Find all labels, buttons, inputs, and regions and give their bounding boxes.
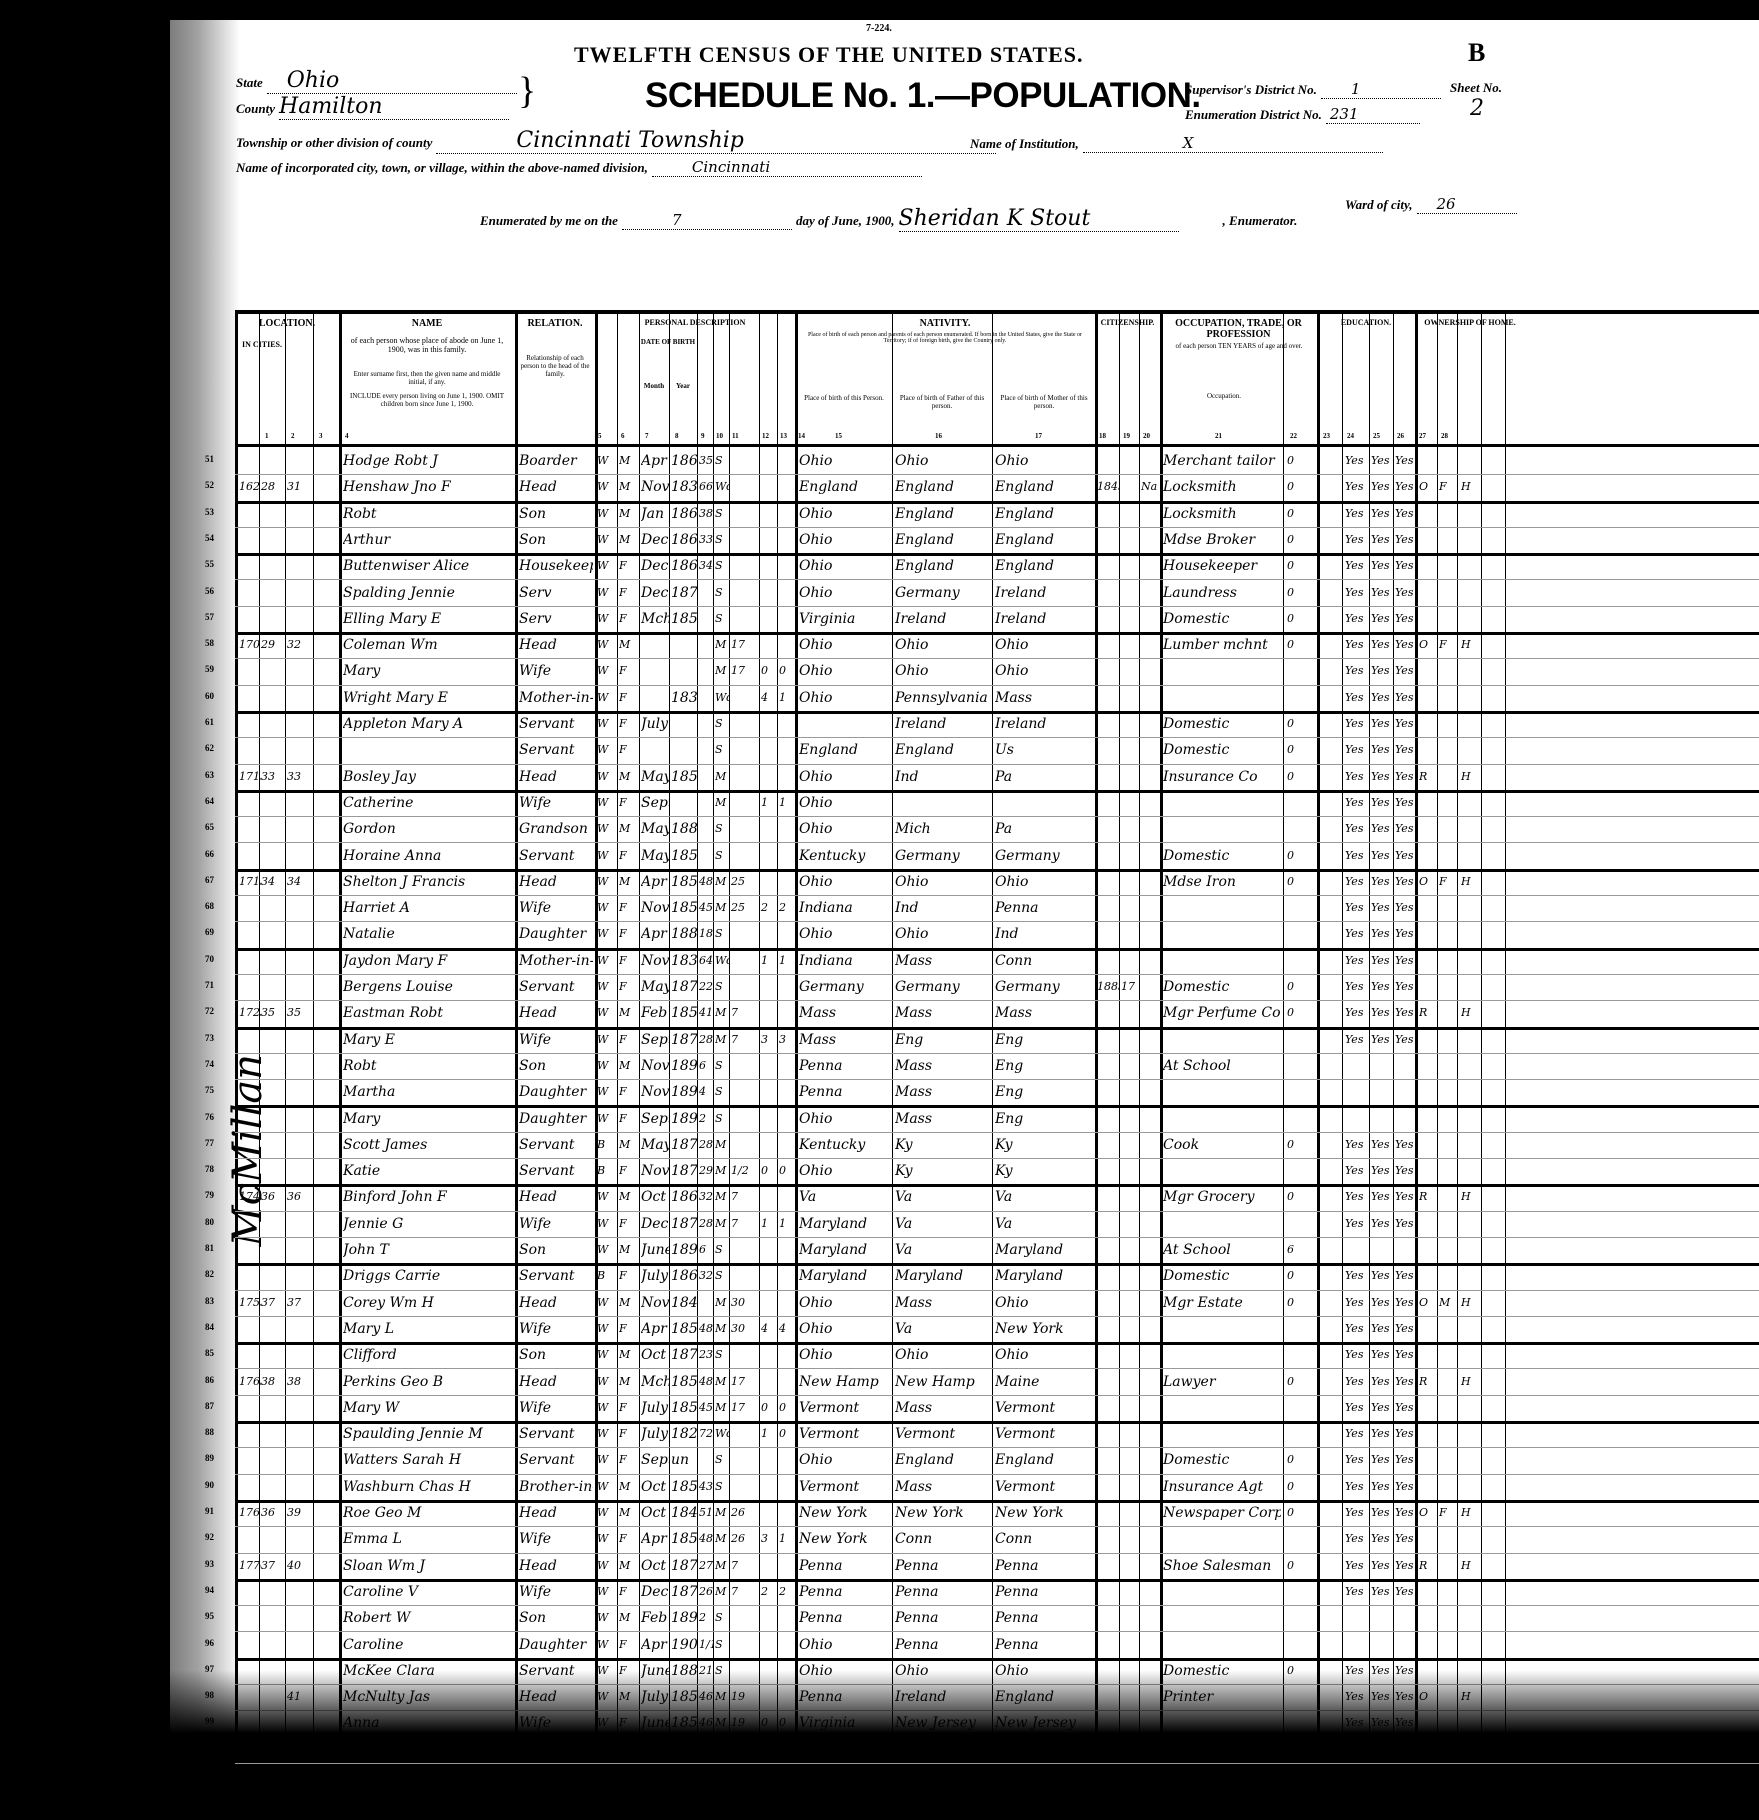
- cell-color: W: [597, 1450, 617, 1470]
- col-name-sub: of each person whose place of abode on J…: [347, 336, 507, 354]
- cell-name: Perkins Geo B: [343, 1372, 513, 1392]
- cell-write: Yes: [1371, 872, 1393, 892]
- cell-family: 35: [287, 1003, 313, 1023]
- line-number: 83: [205, 1296, 214, 1306]
- cell-mother: Ohio: [995, 661, 1093, 681]
- cell-mother: Ohio: [995, 872, 1093, 892]
- cell-unemployed: 0: [1287, 1450, 1315, 1470]
- cell-sex: M: [619, 767, 639, 787]
- cell-mother: England: [995, 504, 1093, 524]
- cell-occupation: Domestic: [1163, 846, 1281, 866]
- cell-dwelling: 36: [261, 1187, 285, 1207]
- cell-read: Yes: [1345, 1187, 1369, 1207]
- cell-marital: M: [715, 898, 729, 918]
- cell-birth: Ohio: [799, 793, 891, 813]
- cell-marital: S: [715, 1082, 729, 1102]
- cell-unemployed: 0: [1287, 1187, 1315, 1207]
- cell-mother: Ireland: [995, 609, 1093, 629]
- cell-color: W: [597, 767, 617, 787]
- col-in-cities: IN CITIES.: [237, 340, 287, 349]
- county-label: County: [236, 101, 275, 116]
- line-number: 51: [205, 454, 214, 464]
- column-number: 9: [701, 432, 705, 440]
- line-number: 87: [205, 1401, 214, 1411]
- cell-relation: Wife: [519, 1529, 593, 1549]
- cell-color: W: [597, 1529, 617, 1549]
- cell-color: W: [597, 740, 617, 760]
- cell-english: Yes: [1395, 872, 1415, 892]
- cell-father: England: [895, 477, 991, 497]
- cell-sex: F: [619, 1635, 639, 1655]
- cell-read: Yes: [1345, 1345, 1369, 1365]
- cell-month: Feb: [641, 1003, 669, 1023]
- cell-age: 48: [699, 1372, 713, 1392]
- cell-married-yrs: 26: [731, 1503, 759, 1523]
- cell-english: Yes: [1395, 1345, 1415, 1365]
- line-number: 95: [205, 1611, 214, 1621]
- cell-name: Mary: [343, 661, 513, 681]
- cell-month: Sept: [641, 1030, 669, 1050]
- cell-english: Yes: [1395, 1372, 1415, 1392]
- cell-sex: M: [619, 451, 639, 471]
- cell-house: 1767: [239, 1503, 261, 1523]
- cell-name: Caroline: [343, 1635, 513, 1655]
- cell-month: Nov: [641, 477, 669, 497]
- cell-relation: Son: [519, 1608, 593, 1628]
- cell-yrs-us: 17: [1121, 977, 1139, 997]
- cell-dwelling: 37: [261, 1556, 285, 1576]
- cell-month: Oct: [641, 1556, 669, 1576]
- cell-color: W: [597, 1109, 617, 1129]
- cell-relation: Daughter: [519, 1082, 593, 1102]
- cell-year: 1878: [671, 977, 697, 997]
- cell-write: Yes: [1371, 793, 1393, 813]
- cell-english: Yes: [1395, 977, 1415, 997]
- col-occupation-label: Occupation.: [1165, 392, 1283, 400]
- column-number: 22: [1290, 432, 1297, 440]
- cell-english: Yes: [1395, 793, 1415, 813]
- cell-living: 0: [779, 661, 795, 681]
- cell-read: Yes: [1345, 635, 1369, 655]
- col-nativity: NATIVITY.: [795, 318, 1095, 329]
- county-value: Hamilton: [279, 94, 509, 120]
- table-row: 69NatalieDaughterWFApr188218SOhioOhioInd…: [235, 921, 1759, 947]
- line-number: 79: [205, 1190, 214, 1200]
- cell-sex: M: [619, 1372, 639, 1392]
- cell-english: Yes: [1395, 1161, 1415, 1181]
- line-number: 85: [205, 1348, 214, 1358]
- cell-living: 2: [779, 1582, 795, 1602]
- cell-relation: Daughter: [519, 924, 593, 944]
- cell-birth: Ohio: [799, 1161, 891, 1181]
- cell-english: Yes: [1395, 661, 1415, 681]
- township-label: Township or other division of county: [236, 135, 432, 150]
- cell-english: Yes: [1395, 1030, 1415, 1050]
- cell-marital: S: [715, 556, 729, 576]
- cell-age: 29: [699, 1161, 713, 1181]
- cell-relation: Head: [519, 1503, 593, 1523]
- cell-month: May: [641, 977, 669, 997]
- cell-english: Yes: [1395, 1424, 1415, 1444]
- line-number: 58: [205, 638, 214, 648]
- cell-name: Binford John F: [343, 1187, 513, 1207]
- line-number: 54: [205, 533, 214, 543]
- cell-read: Yes: [1345, 609, 1369, 629]
- cell-relation: Wife: [519, 1582, 593, 1602]
- cell-living: 4: [779, 1319, 795, 1339]
- table-row: 80Jennie GWifeWFDec187128M711MarylandVaV…: [235, 1211, 1759, 1237]
- cell-relation: Wife: [519, 661, 593, 681]
- column-number: 17: [1035, 432, 1042, 440]
- cell-read: Yes: [1345, 1450, 1369, 1470]
- cell-occupation: Shoe Salesman: [1163, 1556, 1281, 1576]
- form-code: 7-224.: [866, 23, 892, 34]
- cell-free: F: [1439, 872, 1457, 892]
- cell-english: Yes: [1395, 477, 1415, 497]
- institution-field: Name of Institution, X: [970, 134, 1383, 153]
- cell-father: Ohio: [895, 451, 991, 471]
- cell-father: Va: [895, 1319, 991, 1339]
- cell-mother: Ky: [995, 1161, 1093, 1181]
- cell-english: Yes: [1395, 767, 1415, 787]
- cell-children: 3: [761, 1529, 777, 1549]
- cell-write: Yes: [1371, 898, 1393, 918]
- cell-color: W: [597, 1003, 617, 1023]
- col-occupation: OCCUPATION, TRADE, OR PROFESSION: [1160, 318, 1317, 340]
- cell-color: W: [597, 1372, 617, 1392]
- cell-married-yrs: 7: [731, 1030, 759, 1050]
- cell-unemployed: 0: [1287, 714, 1315, 734]
- cell-month: Nov: [641, 1293, 669, 1313]
- cell-sex: F: [619, 1030, 639, 1050]
- cell-farm: H: [1461, 635, 1481, 655]
- cell-year: 1900: [671, 1635, 697, 1655]
- cell-birth: Kentucky: [799, 1135, 891, 1155]
- cell-write: Yes: [1371, 635, 1393, 655]
- cell-month: Dec: [641, 530, 669, 550]
- cell-birth: Mass: [799, 1003, 891, 1023]
- cell-year: un: [671, 1450, 697, 1470]
- table-row: 59MaryWifeWFM1700OhioOhioOhioYesYesYes: [235, 658, 1759, 684]
- cell-name: Bergens Louise: [343, 977, 513, 997]
- cell-color: W: [597, 872, 617, 892]
- cell-relation: Son: [519, 530, 593, 550]
- cell-relation: Servant: [519, 846, 593, 866]
- cell-name: Spalding Jennie: [343, 583, 513, 603]
- line-number: 64: [205, 796, 214, 806]
- column-number: 20: [1143, 432, 1150, 440]
- cell-father: England: [895, 740, 991, 760]
- cell-dwelling: 33: [261, 767, 285, 787]
- cell-write: Yes: [1371, 451, 1393, 471]
- county-field: County Hamilton: [236, 94, 509, 120]
- cell-read: Yes: [1345, 1424, 1369, 1444]
- cell-age: 4: [699, 1082, 713, 1102]
- table-row: 54ArthurSonWMDec186733SOhioEnglandEnglan…: [235, 527, 1759, 553]
- table-row: 9117673639Roe Geo MHeadWMOct184851M26New…: [235, 1500, 1759, 1526]
- table-row: 85CliffordSonWMOct187623SOhioOhioOhioYes…: [235, 1342, 1759, 1368]
- cell-write: Yes: [1371, 1266, 1393, 1286]
- cell-unemployed: 0: [1287, 977, 1315, 997]
- cell-name: Mary W: [343, 1398, 513, 1418]
- cell-relation: Head: [519, 1293, 593, 1313]
- cell-english: Yes: [1395, 504, 1415, 524]
- cell-read: Yes: [1345, 819, 1369, 839]
- cell-english: Yes: [1395, 924, 1415, 944]
- cell-children: 0: [761, 1161, 777, 1181]
- cell-read: Yes: [1345, 583, 1369, 603]
- cell-mother: England: [995, 477, 1093, 497]
- cell-father: Ireland: [895, 714, 991, 734]
- cell-marital: M: [715, 1319, 729, 1339]
- cell-relation: Head: [519, 1372, 593, 1392]
- cell-read: Yes: [1345, 898, 1369, 918]
- table-row: 81John TSonWMJune18936SMarylandVaMarylan…: [235, 1237, 1759, 1263]
- cell-read: Yes: [1345, 661, 1369, 681]
- column-number: 3: [319, 432, 323, 440]
- cell-sex: F: [619, 1582, 639, 1602]
- line-number: 90: [205, 1480, 214, 1490]
- cell-mother: England: [995, 556, 1093, 576]
- cell-year: 1871: [671, 1214, 697, 1234]
- cell-age: 32: [699, 1187, 713, 1207]
- cell-sex: F: [619, 951, 639, 971]
- cell-mother: Us: [995, 740, 1093, 760]
- cell-color: W: [597, 530, 617, 550]
- table-row: 70Jaydon Mary FMother-in-lawWFNov183564W…: [235, 948, 1759, 974]
- cell-name: Martha: [343, 1082, 513, 1102]
- cell-occupation: At School: [1163, 1240, 1281, 1260]
- cell-sex: M: [619, 1056, 639, 1076]
- cell-unemployed: 0: [1287, 583, 1315, 603]
- cell-father: Penna: [895, 1608, 991, 1628]
- cell-birth: Vermont: [799, 1398, 891, 1418]
- cell-month: May: [641, 846, 669, 866]
- cell-father: Eng: [895, 1030, 991, 1050]
- cell-sex: M: [619, 1135, 639, 1155]
- cell-father: England: [895, 504, 991, 524]
- cell-age: 6: [699, 1056, 713, 1076]
- cell-name: Washburn Chas H: [343, 1477, 513, 1497]
- cell-color: W: [597, 898, 617, 918]
- cell-birth: Penna: [799, 1056, 891, 1076]
- column-number: 10: [716, 432, 723, 440]
- district-fields: Supervisor's District No. 1 Enumeration …: [1185, 80, 1441, 124]
- cell-color: W: [597, 819, 617, 839]
- cell-year: 1857: [671, 846, 697, 866]
- cell-name: Katie: [343, 1161, 513, 1181]
- table-row: 62ServantWFSEnglandEnglandUsDomestic0Yes…: [235, 737, 1759, 763]
- cell-english: Yes: [1395, 556, 1415, 576]
- cell-married-yrs: 30: [731, 1319, 759, 1339]
- city-field: Name of incorporated city, town, or vill…: [236, 158, 922, 177]
- table-row: 51Hodge Robt JBoarderWMApr186535SOhioOhi…: [235, 448, 1759, 474]
- cell-farm: H: [1461, 1503, 1481, 1523]
- cell-father: Conn: [895, 1529, 991, 1549]
- cell-write: Yes: [1371, 767, 1393, 787]
- cell-occupation: Laundress: [1163, 583, 1281, 603]
- cell-name: Clifford: [343, 1345, 513, 1365]
- cell-father: England: [895, 556, 991, 576]
- cell-birth: Ohio: [799, 1109, 891, 1129]
- cell-color: W: [597, 977, 617, 997]
- cell-write: Yes: [1371, 661, 1393, 681]
- table-row: 60Wright Mary EMother-in-lawWF1830Wd41Oh…: [235, 685, 1759, 711]
- cell-marital: M: [715, 1398, 729, 1418]
- cell-year: 1852: [671, 1529, 697, 1549]
- cell-age: 2: [699, 1109, 713, 1129]
- cell-marital: M: [715, 1187, 729, 1207]
- cell-mother: Mass: [995, 1003, 1093, 1023]
- cell-married-yrs: 25: [731, 872, 759, 892]
- cell-read: Yes: [1345, 1293, 1369, 1313]
- cell-married-yrs: 26: [731, 1529, 759, 1549]
- cell-birth: Vermont: [799, 1424, 891, 1444]
- cell-dwelling: 35: [261, 1003, 285, 1023]
- cell-living: 0: [779, 1424, 795, 1444]
- column-number: 6: [621, 432, 625, 440]
- cell-father: Mass: [895, 1082, 991, 1102]
- cell-age: 45: [699, 1398, 713, 1418]
- cell-mother: Vermont: [995, 1477, 1093, 1497]
- cell-color: W: [597, 477, 617, 497]
- cell-occupation: Insurance Co: [1163, 767, 1281, 787]
- cell-children: 1: [761, 951, 777, 971]
- cell-age: 23: [699, 1345, 713, 1365]
- cell-father: New York: [895, 1503, 991, 1523]
- cell-marital: M: [715, 872, 729, 892]
- cell-marital: S: [715, 924, 729, 944]
- cell-write: Yes: [1371, 1450, 1393, 1470]
- cell-write: Yes: [1371, 819, 1393, 839]
- table-row: 87Mary WWifeWFJuly185445M1700VermontMass…: [235, 1395, 1759, 1421]
- cell-color: B: [597, 1266, 617, 1286]
- cell-father: Ohio: [895, 872, 991, 892]
- cell-age: 48: [699, 1319, 713, 1339]
- cell-occupation: Cook: [1163, 1135, 1281, 1155]
- cell-color: W: [597, 1319, 617, 1339]
- cell-write: Yes: [1371, 504, 1393, 524]
- cell-married-yrs: 25: [731, 898, 759, 918]
- cell-sex: F: [619, 1529, 639, 1549]
- cell-birth: Ohio: [799, 661, 891, 681]
- cell-owned: R: [1419, 1003, 1437, 1023]
- cell-farm: H: [1461, 1003, 1481, 1023]
- cell-read: Yes: [1345, 1556, 1369, 1576]
- table-row: 5817072932Coleman WmHeadWMM17OhioOhioOhi…: [235, 632, 1759, 658]
- cell-father: England: [895, 530, 991, 550]
- table-row: 71Bergens LouiseServantWFMay187822SGerma…: [235, 974, 1759, 1000]
- cell-month: Sept: [641, 1109, 669, 1129]
- cell-marital: M: [715, 1556, 729, 1576]
- cell-birth: England: [799, 477, 891, 497]
- cell-father: New Hamp: [895, 1372, 991, 1392]
- cell-write: Yes: [1371, 477, 1393, 497]
- census-sheet: 7-224. TWELFTH CENSUS OF THE UNITED STAT…: [170, 20, 1759, 1760]
- cell-relation: Head: [519, 767, 593, 787]
- line-number: 66: [205, 849, 214, 859]
- cell-name: Emma L: [343, 1529, 513, 1549]
- cell-color: W: [597, 661, 617, 681]
- cell-sex: F: [619, 1109, 639, 1129]
- cell-write: Yes: [1371, 924, 1393, 944]
- cell-birth: Penna: [799, 1082, 891, 1102]
- cell-dwelling: 28: [261, 477, 285, 497]
- line-number: 74: [205, 1059, 214, 1069]
- table-row: 95Robert WSonWMFeb18982SPennaPennaPenna: [235, 1605, 1759, 1631]
- cell-occupation: Domestic: [1163, 714, 1281, 734]
- cell-year: 1830: [671, 688, 697, 708]
- sheet-field: Sheet No. 2: [1450, 80, 1502, 121]
- cell-relation: Servant: [519, 1135, 593, 1155]
- cell-read: Yes: [1345, 530, 1369, 550]
- col-relation-sub: Relationship of each person to the head …: [519, 354, 591, 378]
- institution-label: Name of Institution,: [970, 136, 1079, 151]
- cell-owned: R: [1419, 767, 1437, 787]
- cell-read: Yes: [1345, 1319, 1369, 1339]
- cell-occupation: Locksmith: [1163, 477, 1281, 497]
- cell-name: Spaulding Jennie M: [343, 1424, 513, 1444]
- cell-write: Yes: [1371, 846, 1393, 866]
- cell-sex: F: [619, 714, 639, 734]
- cell-birth: Ohio: [799, 1319, 891, 1339]
- cell-read: Yes: [1345, 1398, 1369, 1418]
- cell-color: W: [597, 1082, 617, 1102]
- cell-read: Yes: [1345, 1529, 1369, 1549]
- cell-age: 26: [699, 1582, 713, 1602]
- cell-write: Yes: [1371, 609, 1393, 629]
- enumerated-line: Enumerated by me on the 7 day of June, 1…: [480, 206, 1297, 232]
- cell-sex: M: [619, 1556, 639, 1576]
- cell-year: 1893: [671, 1240, 697, 1260]
- col-birth-mother: Place of birth of Mother of this person.: [995, 394, 1093, 410]
- cell-unemployed: 0: [1287, 635, 1315, 655]
- line-number: 91: [205, 1506, 214, 1516]
- cell-color: W: [597, 1398, 617, 1418]
- cell-relation: Wife: [519, 1319, 593, 1339]
- cell-marital: S: [715, 1345, 729, 1365]
- cell-marital: S: [715, 451, 729, 471]
- col-name: NAME: [339, 318, 515, 329]
- cell-occupation: Locksmith: [1163, 504, 1281, 524]
- cell-birth: New Hamp: [799, 1372, 891, 1392]
- cell-mother: Pa: [995, 767, 1093, 787]
- cell-dwelling: 29: [261, 635, 285, 655]
- line-number: 77: [205, 1138, 214, 1148]
- col-ownership: OWNERSHIP OF HOME.: [1415, 318, 1525, 327]
- cell-unemployed: 0: [1287, 609, 1315, 629]
- cell-read: Yes: [1345, 1266, 1369, 1286]
- cell-age: 2: [699, 1608, 713, 1628]
- col-relation: RELATION.: [515, 318, 595, 329]
- table-row: 82Driggs CarrieServantBFJuly186732SMaryl…: [235, 1263, 1759, 1289]
- cell-age: 1/12: [699, 1635, 713, 1655]
- line-number: 84: [205, 1322, 214, 1332]
- cell-immig: 1845: [1097, 477, 1119, 497]
- cell-mother: Penna: [995, 1635, 1093, 1655]
- cell-month: July: [641, 1398, 669, 1418]
- cell-age: 34: [699, 556, 713, 576]
- cell-month: May: [641, 819, 669, 839]
- cell-birth: Maryland: [799, 1266, 891, 1286]
- cell-color: W: [597, 846, 617, 866]
- cell-marital: M: [715, 1030, 729, 1050]
- enumeration-label: Enumeration District No.: [1185, 107, 1322, 122]
- cell-read: Yes: [1345, 846, 1369, 866]
- cell-year: 1871: [671, 1030, 697, 1050]
- cell-write: Yes: [1371, 951, 1393, 971]
- line-number: 78: [205, 1164, 214, 1174]
